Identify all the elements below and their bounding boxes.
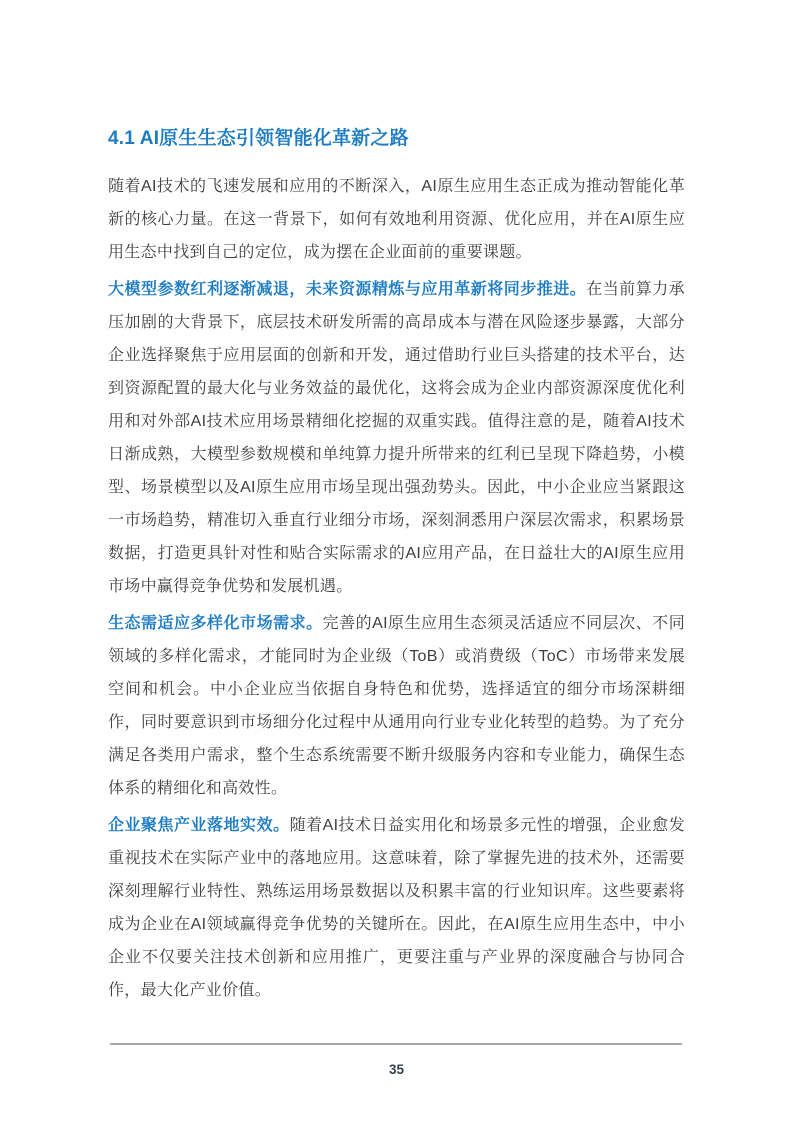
paragraph-1: 随着AI技术的飞速发展和应用的不断深入，AI原生应用生态正成为推动智能化革新的核… (108, 170, 685, 269)
section-heading: 4.1 AI原生生态引领智能化革新之路 (108, 126, 685, 152)
paragraph-4-text: 随着AI技术日益实用化和场景多元性的增强，企业愈发重视技术在实际产业中的落地应用… (108, 817, 685, 999)
paragraph-3-text: 完善的AI原生应用生态须灵活适应不同层次、不同领域的多样化需求，才能同时为企业级… (108, 615, 685, 797)
page-number: 35 (0, 1062, 793, 1077)
paragraph-2-text: 在当前算力承压加剧的大背景下，底层技术研发所需的高昂成本与潜在风险逐步暴露，大部… (108, 281, 685, 595)
page-content: 4.1 AI原生生态引领智能化革新之路 随着AI技术的飞速发展和应用的不断深入，… (108, 126, 685, 1011)
paragraph-2: 大模型参数红利逐渐减退，未来资源精炼与应用革新将同步推进。在当前算力承压加剧的大… (108, 273, 685, 603)
paragraph-3-lead: 生态需适应多样化市场需求。 (108, 615, 323, 632)
document-page: 4.1 AI原生生态引领智能化革新之路 随着AI技术的飞速发展和应用的不断深入，… (0, 0, 793, 1122)
paragraph-3: 生态需适应多样化市场需求。完善的AI原生应用生态须灵活适应不同层次、不同领域的多… (108, 607, 685, 805)
paragraph-4-lead: 企业聚焦产业落地实效。 (108, 817, 290, 834)
footer-divider (110, 1043, 682, 1045)
paragraph-4: 企业聚焦产业落地实效。随着AI技术日益实用化和场景多元性的增强，企业愈发重视技术… (108, 809, 685, 1007)
paragraph-2-lead: 大模型参数红利逐渐减退，未来资源精炼与应用革新将同步推进。 (108, 281, 586, 298)
paragraph-1-text: 随着AI技术的飞速发展和应用的不断深入，AI原生应用生态正成为推动智能化革新的核… (108, 178, 685, 261)
